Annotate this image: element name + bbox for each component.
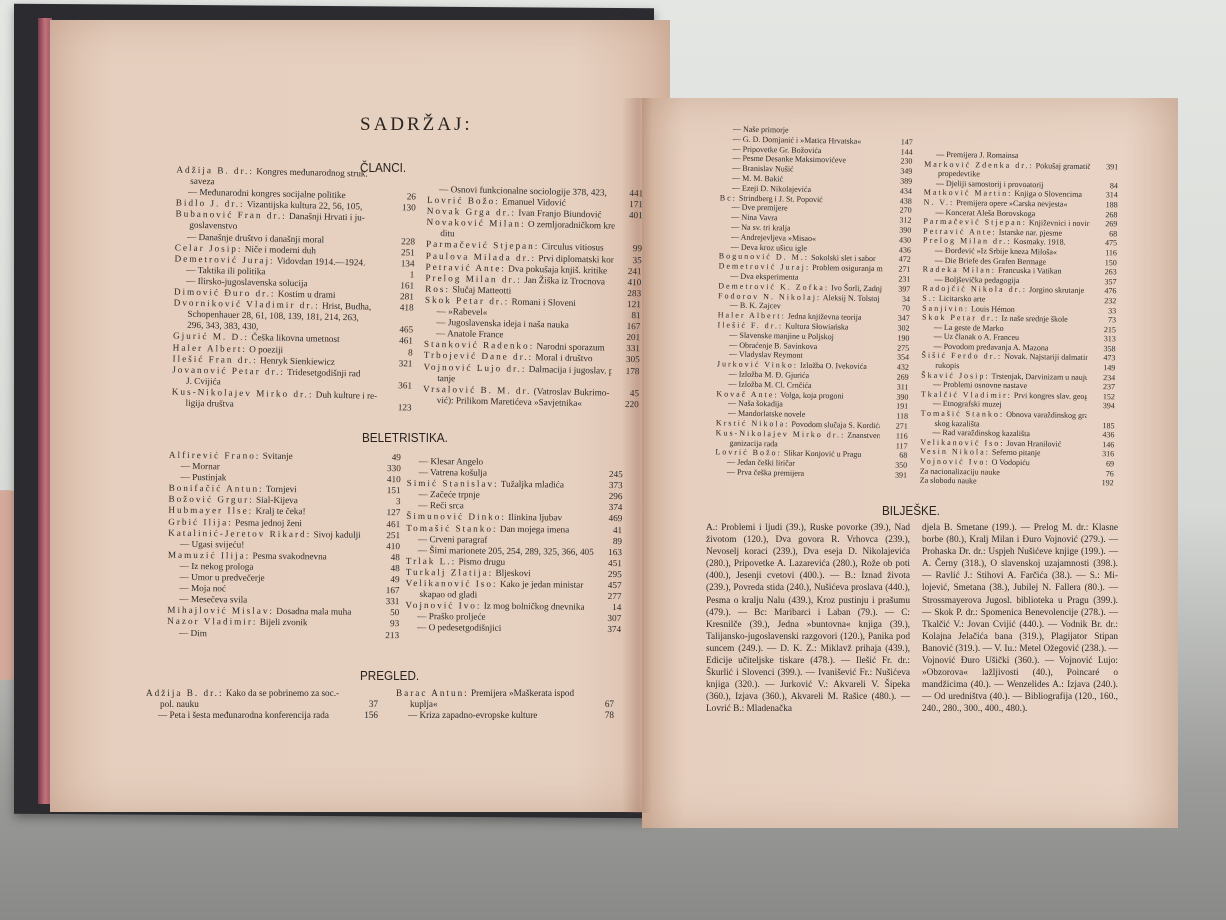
toc-page-number: 251 bbox=[393, 247, 415, 259]
toc-page-number: 134 bbox=[392, 258, 414, 270]
toc-page-number bbox=[394, 169, 416, 181]
toc-page-number: 473 bbox=[1093, 354, 1115, 364]
toc-page-number: 349 bbox=[890, 166, 912, 176]
toc-title: — Moja noć bbox=[179, 583, 226, 593]
toc-title: Novak. Najstariji dalmatinski bbox=[1004, 352, 1087, 362]
toc-page-number: 127 bbox=[378, 507, 400, 518]
toc-entry-text: — Crveni paragraf bbox=[406, 534, 488, 546]
toc-page-number: 26 bbox=[394, 191, 416, 203]
toc-title: Pesma jednoj ženi bbox=[235, 517, 302, 528]
toc-page-number: 48 bbox=[378, 552, 400, 563]
toc-author: Grbić Ilija: bbox=[168, 516, 233, 527]
toc-entry-text: — Klesar Angelo bbox=[407, 456, 483, 468]
toc-author: Demetrović Juraj: bbox=[175, 253, 275, 265]
toc-title: — Izložba M. Cl. Crnčića bbox=[728, 379, 811, 389]
toc-author: Prelog Milan dr.: bbox=[923, 236, 1012, 246]
toc-title: — Anatole France bbox=[436, 328, 504, 339]
toc-title: — Praško proljeće bbox=[417, 611, 485, 622]
toc-page-number: 307 bbox=[599, 613, 621, 624]
toc-title: Louis Hémon bbox=[971, 304, 1015, 314]
toc-page-number bbox=[391, 313, 413, 325]
toc-author: Tkalčić Vladimir: bbox=[921, 389, 1012, 399]
toc-page-number: 130 bbox=[394, 202, 416, 214]
toc-title: skog kazališta bbox=[934, 418, 979, 428]
toc-author: Velikanović Iso: bbox=[920, 437, 1004, 447]
toc-page-number: 45 bbox=[617, 387, 639, 399]
toc-entry-text: tanje bbox=[423, 372, 455, 384]
toc-author: Simić Stanislav: bbox=[407, 478, 499, 489]
toc-page-number: 49 bbox=[379, 452, 401, 463]
toc-page-number: 152 bbox=[1093, 392, 1115, 402]
toc-page-number: 151 bbox=[379, 485, 401, 496]
toc-author: Demetrović Juraj: bbox=[719, 261, 811, 272]
toc-page-number: 163 bbox=[600, 547, 622, 558]
toc-title: — La geste de Marko bbox=[934, 323, 1004, 333]
section-biljeske: BILJEŠKE. bbox=[882, 503, 940, 518]
toc-page-number: 418 bbox=[392, 302, 414, 314]
toc-title: Dva pokušaja knjiš. kritike bbox=[508, 263, 607, 275]
toc-page-number bbox=[356, 688, 378, 699]
toc-page-number: 41 bbox=[600, 524, 622, 535]
toc-page-number: 150 bbox=[1095, 258, 1117, 268]
toc-title: Knjiga o Slovencima bbox=[1014, 189, 1082, 199]
toc-entry-text: — Moja noć bbox=[167, 583, 226, 595]
toc-author: Adžija B. dr.: bbox=[176, 165, 254, 177]
toc-entry-text: — Peta i šesta međunarodna konferencija … bbox=[146, 710, 329, 721]
toc-title: propedevtike bbox=[938, 169, 980, 179]
toc-page-number: 436 bbox=[1092, 430, 1114, 440]
toc-author: Trbojević Dane dr.: bbox=[424, 350, 534, 362]
toc-title: Sivoj kadulji bbox=[313, 529, 360, 539]
toc-page-number: 465 bbox=[391, 324, 413, 336]
toc-author: Nazor Vladimir: bbox=[167, 616, 257, 627]
toc-page-number: 220 bbox=[617, 399, 639, 411]
toc-page-number: 354 bbox=[887, 353, 909, 363]
toc-title: Današnji Hrvati i ju- bbox=[289, 211, 365, 223]
toc-title: Znanstvena or- bbox=[847, 430, 880, 440]
toc-page-number: 149 bbox=[1093, 363, 1115, 373]
toc-entry-text: ditu bbox=[426, 228, 455, 240]
toc-title: — Iz nekog prologa bbox=[180, 561, 254, 572]
section-beletristika: BELETRISTIKA. bbox=[362, 430, 448, 445]
toc-author: Turkalj Zlatija: bbox=[406, 567, 494, 578]
toc-author: Ros: bbox=[425, 284, 450, 295]
toc-author: Božović Grgur: bbox=[168, 494, 253, 505]
toc-page-number: 116 bbox=[1095, 248, 1117, 258]
toc-page-number: 330 bbox=[379, 463, 401, 474]
toc-page-number bbox=[617, 376, 639, 388]
toc-page-number: 347 bbox=[888, 313, 910, 323]
toc-title: rukopis bbox=[935, 361, 959, 370]
toc-title: Aleksij N. Tolstoj bbox=[823, 293, 880, 303]
toc-entry-text: — Praško proljeće bbox=[405, 611, 486, 623]
toc-page-number: 237 bbox=[1093, 382, 1115, 392]
toc-title: Niče i moderni duh bbox=[245, 244, 316, 255]
toc-page-number bbox=[1096, 152, 1118, 162]
toc-page-number: 234 bbox=[1093, 373, 1115, 383]
toc-page-number: 230 bbox=[890, 157, 912, 167]
toc-page-number: 70 bbox=[888, 304, 910, 314]
toc-title: Književnici i novinari bbox=[1029, 218, 1090, 228]
toc-page-number: 434 bbox=[890, 186, 912, 196]
toc-author: Škavić Josip: bbox=[921, 370, 990, 380]
toc-title: Duh kulture i re- bbox=[316, 389, 378, 400]
toc-page-number: 475 bbox=[1095, 238, 1117, 248]
toc-title: pol. nauku bbox=[160, 699, 199, 709]
toc-title: — Prva češka premijera bbox=[727, 467, 804, 477]
toc-entry-text: — Prva češka premijera bbox=[715, 467, 804, 478]
toc-page-number: 48 bbox=[378, 563, 400, 574]
toc-entry-text: — Mornar bbox=[169, 461, 220, 473]
toc-title: — Izložba M. Đ. Gjurića bbox=[729, 369, 810, 379]
toc-page-number: 185 bbox=[1092, 421, 1114, 431]
toc-page-number: 271 bbox=[886, 421, 908, 431]
toc-entry-text: Za slobodu nauke bbox=[920, 476, 977, 486]
toc-title: goslavenstvo bbox=[189, 220, 237, 231]
toc-page-number: 118 bbox=[886, 411, 908, 421]
toc-page-number: 316 bbox=[1092, 449, 1114, 459]
toc-author: Vojnović Lujo dr.: bbox=[423, 361, 526, 373]
toc-title: — Mandorlatske novele bbox=[728, 409, 805, 419]
toc-page-number: 389 bbox=[890, 176, 912, 186]
toc-entry: Adžija B. dr.: Kako da se pobrinemo za s… bbox=[146, 688, 378, 699]
toc-title: O poeziji bbox=[249, 344, 283, 355]
toc-title: — Ezeji D. Nikolajevića bbox=[732, 183, 811, 193]
toc-page-number: 167 bbox=[618, 321, 640, 333]
toc-entry-text: — Pustinjak bbox=[169, 472, 227, 484]
toc-title: Dalmacija i jugoslav. pi- bbox=[529, 363, 612, 375]
section-pregled: PREGLED. bbox=[360, 668, 419, 683]
toc-page-number: 451 bbox=[600, 558, 622, 569]
toc-entry-text: — Vatrena košulja bbox=[407, 467, 487, 479]
toc-page-number bbox=[891, 127, 913, 137]
toc-page-number: 410 bbox=[378, 541, 400, 552]
toc-page-number: 69 bbox=[1092, 459, 1114, 469]
toc-page-number: 147 bbox=[891, 137, 913, 147]
toc-title: Volga, koja progoni bbox=[780, 390, 843, 400]
toc-page-number: 438 bbox=[890, 196, 912, 206]
toc-title: Kralj te čeka! bbox=[256, 506, 306, 517]
toc-title: Problem osiguranja mira bbox=[812, 263, 883, 273]
toc-page-number: 215 bbox=[1094, 325, 1116, 335]
toc-author: Alfirević Frano: bbox=[169, 450, 261, 461]
toc-title: Circulus vitiosus bbox=[542, 242, 604, 253]
toc-title: — Taktika ili politika bbox=[186, 265, 265, 277]
toc-author: Barac Antun: bbox=[396, 688, 469, 698]
toc-page-number: 350 bbox=[885, 460, 907, 470]
toc-title: — Dim bbox=[179, 627, 207, 637]
toc-title: Bijeli zvonik bbox=[260, 617, 308, 627]
toc-page-number: 37 bbox=[356, 699, 378, 710]
toc-page-number: 78 bbox=[592, 710, 614, 721]
toc-page-number: 50 bbox=[377, 607, 399, 618]
toc-title: 296, 343, 383, 430, bbox=[187, 320, 258, 331]
toc-page-number: 68 bbox=[1095, 229, 1117, 239]
toc-page-number: 269 bbox=[1095, 219, 1117, 229]
right-col2-list: — Premijera J. RomainsaMarković Zdenka d… bbox=[920, 150, 1119, 488]
toc-page-number: 469 bbox=[600, 513, 622, 524]
toc-page-number: 397 bbox=[888, 284, 910, 294]
toc-author: Novaković Milan: bbox=[426, 217, 525, 229]
toc-title: — Vatrena košulja bbox=[419, 467, 487, 478]
toc-title: — Rad varaždinskog kazališta bbox=[932, 428, 1030, 438]
toc-page-number: 188 bbox=[1096, 200, 1118, 210]
toc-author: Mihajlović Mislav: bbox=[167, 605, 274, 616]
toc-author: Dimović Đuro dr.: bbox=[174, 287, 276, 299]
toc-author: Velikanović Iso: bbox=[406, 578, 498, 589]
page-title: SADRŽAJ: bbox=[360, 114, 473, 136]
toc-author: Lovrić Božo: bbox=[427, 195, 500, 207]
toc-entry-text: — Mesečeva svila bbox=[167, 594, 247, 606]
toc-title: Romani i Sloveni bbox=[511, 296, 576, 307]
toc-page-number: 263 bbox=[1095, 267, 1117, 277]
toc-entry-text: — Dim bbox=[167, 627, 207, 639]
pregled-right-list: Barac Antun: Premijera »Maškerata ispodk… bbox=[396, 688, 614, 721]
toc-entry-text: skapao od gladi bbox=[405, 589, 477, 601]
toc-page-number: 361 bbox=[390, 380, 412, 392]
beletristika-right-list: — Klesar Angelo— Vatrena košulja245Simić… bbox=[405, 456, 623, 636]
toc-title: Istarske nar. pjesme bbox=[999, 227, 1062, 237]
toc-title: Kosmaky. 1918. bbox=[1013, 237, 1065, 247]
toc-title: Kako je jedan ministar bbox=[500, 579, 584, 590]
toc-title: Premijera »Maškerata ispod bbox=[471, 688, 574, 698]
toc-title: Svitanje bbox=[263, 451, 293, 461]
toc-page-number: 271 bbox=[889, 264, 911, 274]
toc-author: Jurković Vinko: bbox=[717, 359, 798, 369]
toc-page-number: 89 bbox=[600, 536, 622, 547]
toc-title: — Naša šokadija bbox=[728, 399, 783, 409]
toc-author: Tomašić Stanko: bbox=[406, 522, 497, 533]
toc-title: — Peta i šesta međunarodna konferencija … bbox=[158, 710, 329, 720]
toc-page-number: 191 bbox=[886, 402, 908, 412]
toc-author: Mamuzić Ilija: bbox=[168, 550, 250, 561]
toc-page-number: 1 bbox=[392, 269, 414, 281]
toc-author: Bc: bbox=[720, 193, 737, 202]
toc-page-number: 117 bbox=[885, 441, 907, 451]
toc-page-number: 99 bbox=[620, 243, 642, 255]
toc-author: Kovač Ante: bbox=[716, 389, 778, 399]
toc-page-number: 49 bbox=[378, 574, 400, 585]
toc-page-number: 201 bbox=[618, 332, 640, 344]
toc-page-number: 314 bbox=[1096, 190, 1118, 200]
toc-page-number: 14 bbox=[599, 602, 621, 613]
clanci-left-list: Adžija B. dr.: Kongres međunarodnog stru… bbox=[171, 165, 416, 414]
toc-title: — Pripovetke Gr. Božovića bbox=[733, 144, 822, 155]
toc-page-number: 476 bbox=[1094, 286, 1116, 296]
toc-page-number: 241 bbox=[619, 265, 641, 277]
toc-title: ganizacija rada bbox=[729, 438, 777, 448]
toc-title: — Naše primorje bbox=[733, 125, 789, 135]
toc-author: Šišić Ferdo dr.: bbox=[921, 351, 1002, 361]
toc-title: — Na sv. tri kralja bbox=[731, 223, 790, 233]
toc-page-number: 121 bbox=[619, 299, 641, 311]
toc-page-number: 281 bbox=[392, 291, 414, 303]
toc-title: O Vodopiću bbox=[992, 458, 1030, 468]
toc-author: Ilešić Fran dr.: bbox=[172, 353, 258, 365]
toc-title: Dan mojega imena bbox=[500, 523, 570, 534]
toc-author: Vojnović Ivo: bbox=[405, 600, 481, 611]
toc-page-number: 232 bbox=[1094, 296, 1116, 306]
toc-entry-text: saveza bbox=[176, 176, 215, 188]
toc-page-number: 331 bbox=[618, 343, 640, 355]
toc-page-number: 213 bbox=[377, 629, 399, 640]
toc-page-number: 410 bbox=[379, 474, 401, 485]
toc-page-number: 441 bbox=[621, 188, 643, 200]
toc-page-number: 35 bbox=[620, 254, 642, 266]
toc-page-number: 457 bbox=[600, 580, 622, 591]
toc-page-number: 430 bbox=[889, 235, 911, 245]
toc-page-number: 401 bbox=[621, 210, 643, 222]
toc-page-number: 321 bbox=[390, 358, 412, 370]
toc-author: Bidlo J. dr.: bbox=[176, 198, 245, 209]
toc-page-number: 296 bbox=[600, 491, 622, 502]
toc-title: Tridesetgodišnji rad bbox=[287, 367, 361, 379]
toc-page-number: 277 bbox=[599, 591, 621, 602]
toc-page-number: 374 bbox=[600, 502, 622, 513]
toc-author: Skok Petar dr.: bbox=[922, 313, 999, 323]
beletristika-left-list: Alfirević Frano: Svitanje49— Mornar330— … bbox=[167, 450, 401, 641]
toc-title: J. Cvijića bbox=[186, 376, 221, 387]
toc-title: — Mornar bbox=[181, 461, 220, 471]
toc-title: — Reči srca bbox=[418, 500, 464, 510]
toc-author: Ilešić F. dr.: bbox=[718, 320, 784, 330]
toc-author: Haler Albert: bbox=[173, 342, 247, 354]
toc-entry: kuplja«67 bbox=[396, 699, 614, 710]
toc-title: Bljeskovi bbox=[496, 568, 531, 578]
toc-title: Obnova varaždinskog grad- bbox=[1006, 410, 1087, 420]
toc-author: Adžija B. dr.: bbox=[146, 688, 224, 698]
toc-author: Katalinić-Jeretov Rikard: bbox=[168, 527, 311, 538]
toc-entry: — Peta i šesta međunarodna konferencija … bbox=[146, 710, 378, 721]
toc-author: Trlak L.: bbox=[406, 556, 456, 567]
toc-title: skapao od gladi bbox=[419, 589, 477, 600]
toc-title: Francuska i Vatikan bbox=[998, 266, 1062, 276]
toc-page-number: 81 bbox=[619, 310, 641, 322]
toc-title: Češka likovna umetnost bbox=[251, 333, 339, 345]
toc-title: — B. K. Zajcev bbox=[730, 301, 781, 311]
toc-entry-text: pol. nauku bbox=[146, 699, 199, 710]
toc-page-number bbox=[620, 221, 642, 233]
toc-title: Izložba O. Ivekovića bbox=[800, 361, 867, 371]
toc-page-number: 312 bbox=[889, 215, 911, 225]
toc-page-number: 394 bbox=[1093, 401, 1115, 411]
toc-title: — Etnografski muzej bbox=[933, 399, 1002, 409]
toc-title: Jan Žiška iz Trocnova bbox=[524, 275, 605, 287]
toc-title: Strindberg i J. St. Popović bbox=[739, 193, 823, 203]
toc-page-number: 171 bbox=[621, 199, 643, 211]
toc-page-number: 192 bbox=[1092, 478, 1114, 488]
toc-page-number: 472 bbox=[889, 255, 911, 265]
toc-title: — Andrejevljeva »Misao« bbox=[731, 232, 816, 242]
toc-page-number: 283 bbox=[619, 288, 641, 300]
toc-page-number: 270 bbox=[890, 206, 912, 216]
toc-title: — Premijera J. Romainsa bbox=[936, 150, 1018, 160]
toc-page-number: 391 bbox=[1096, 162, 1118, 172]
toc-author: S.: bbox=[922, 294, 937, 303]
toc-title: — Vladyslav Reymont bbox=[729, 350, 803, 360]
toc-page-number: 68 bbox=[885, 451, 907, 461]
toc-title: Sial-Kijeva bbox=[256, 495, 298, 505]
toc-title: Kako da se pobrinemo za soc.- bbox=[226, 688, 339, 698]
toc-page-number: 231 bbox=[888, 274, 910, 284]
toc-title: kuplja« bbox=[410, 699, 438, 709]
toc-page-number: 268 bbox=[1095, 210, 1117, 220]
toc-author: Sanjivin: bbox=[922, 303, 969, 313]
toc-author: Petravić Ante: bbox=[923, 226, 997, 236]
toc-title: Jovan Hranilović bbox=[1006, 439, 1061, 449]
toc-title: — Dve premijere bbox=[732, 203, 788, 213]
toc-title: Kongres međunarodnog struk. bbox=[256, 166, 368, 178]
toc-title: — Pustinjak bbox=[181, 472, 227, 482]
toc-page-number: 3 bbox=[378, 496, 400, 507]
toc-title: Moral i društvo bbox=[535, 352, 592, 363]
toc-entry-text: — Kriza zapadno-evropske kulture bbox=[396, 710, 537, 721]
toc-title: Henryk Sienkiewicz bbox=[260, 355, 335, 367]
toc-title: — Boljševička pedagogija bbox=[934, 275, 1019, 285]
toc-title: Ilinkina ljubav bbox=[508, 512, 562, 523]
toc-title: — Ugasi svijeću! bbox=[180, 539, 244, 550]
toc-author: Haler Albert: bbox=[718, 310, 786, 320]
toc-title: — Nina Vavra bbox=[731, 213, 777, 223]
toc-page-number: 67 bbox=[592, 699, 614, 710]
toc-entry-text: — Reči srca bbox=[406, 500, 464, 512]
toc-title: Slikar Konjović u Pragu bbox=[784, 449, 862, 459]
toc-author: Bonifačić Antun: bbox=[169, 483, 264, 494]
toc-title: — Obraćenje B. Savinkova bbox=[729, 340, 817, 351]
toc-page-number: 251 bbox=[378, 530, 400, 541]
toc-title: — Deva kroz ušicu igle bbox=[731, 242, 807, 252]
toc-page-number: 357 bbox=[1094, 277, 1116, 287]
toc-author: Matković Martin: bbox=[924, 188, 1013, 198]
toc-author: Celar Josip: bbox=[175, 242, 243, 253]
toc-author: Krstić Nikola: bbox=[716, 418, 790, 428]
toc-page-number: 295 bbox=[600, 569, 622, 580]
toc-entry-text: — Začeće trpnje bbox=[406, 489, 479, 501]
toc-page-number: 436 bbox=[889, 245, 911, 255]
toc-title: Iz naše srednje škole bbox=[1001, 314, 1068, 324]
toc-title: — Dva eksperimenta bbox=[730, 271, 798, 281]
toc-author: Hubmayer Ilse: bbox=[168, 505, 253, 516]
toc-entry: Barac Antun: Premijera »Maškerata ispod bbox=[396, 688, 614, 699]
toc-page-number: 73 bbox=[1094, 315, 1116, 325]
toc-title: Sokolski slet i sabor bbox=[811, 253, 876, 263]
toc-page-number: 34 bbox=[888, 294, 910, 304]
toc-author: Šimunović Dinko: bbox=[406, 511, 506, 522]
toc-entry: — Kriza zapadno-evropske kulture78 bbox=[396, 710, 614, 721]
toc-title: — Crveni paragraf bbox=[418, 534, 487, 545]
toc-author: Petravić Ante: bbox=[426, 261, 507, 273]
toc-author: Vrsalović B. M. dr. bbox=[423, 383, 532, 395]
toc-entry-text: kuplja« bbox=[396, 699, 438, 710]
toc-page-number: 190 bbox=[887, 333, 909, 343]
toc-page-number: 461 bbox=[391, 335, 413, 347]
toc-page-number: 93 bbox=[377, 618, 399, 629]
toc-page-number: 123 bbox=[389, 402, 411, 414]
toc-page-number: 178 bbox=[617, 365, 639, 377]
toc-page-number bbox=[1093, 411, 1115, 421]
toc-title: Jorgino skrutanje bbox=[1029, 285, 1084, 295]
toc-page-number: 331 bbox=[377, 596, 399, 607]
toc-page-number: 390 bbox=[886, 392, 908, 402]
toc-title: Tužaljka mladića bbox=[501, 479, 564, 490]
toc-page-number: 144 bbox=[891, 147, 913, 157]
toc-author: N. V.: bbox=[924, 198, 955, 207]
toc-title: Slučaj Matteotti bbox=[452, 284, 511, 295]
toc-title: Narodni sporazum bbox=[536, 341, 604, 352]
toc-author: Lovrić Božo: bbox=[715, 448, 782, 458]
toc-entry-text: Barac Antun: Premijera »Maškerata ispod bbox=[396, 688, 574, 699]
toc-page-number: 410 bbox=[619, 277, 641, 289]
